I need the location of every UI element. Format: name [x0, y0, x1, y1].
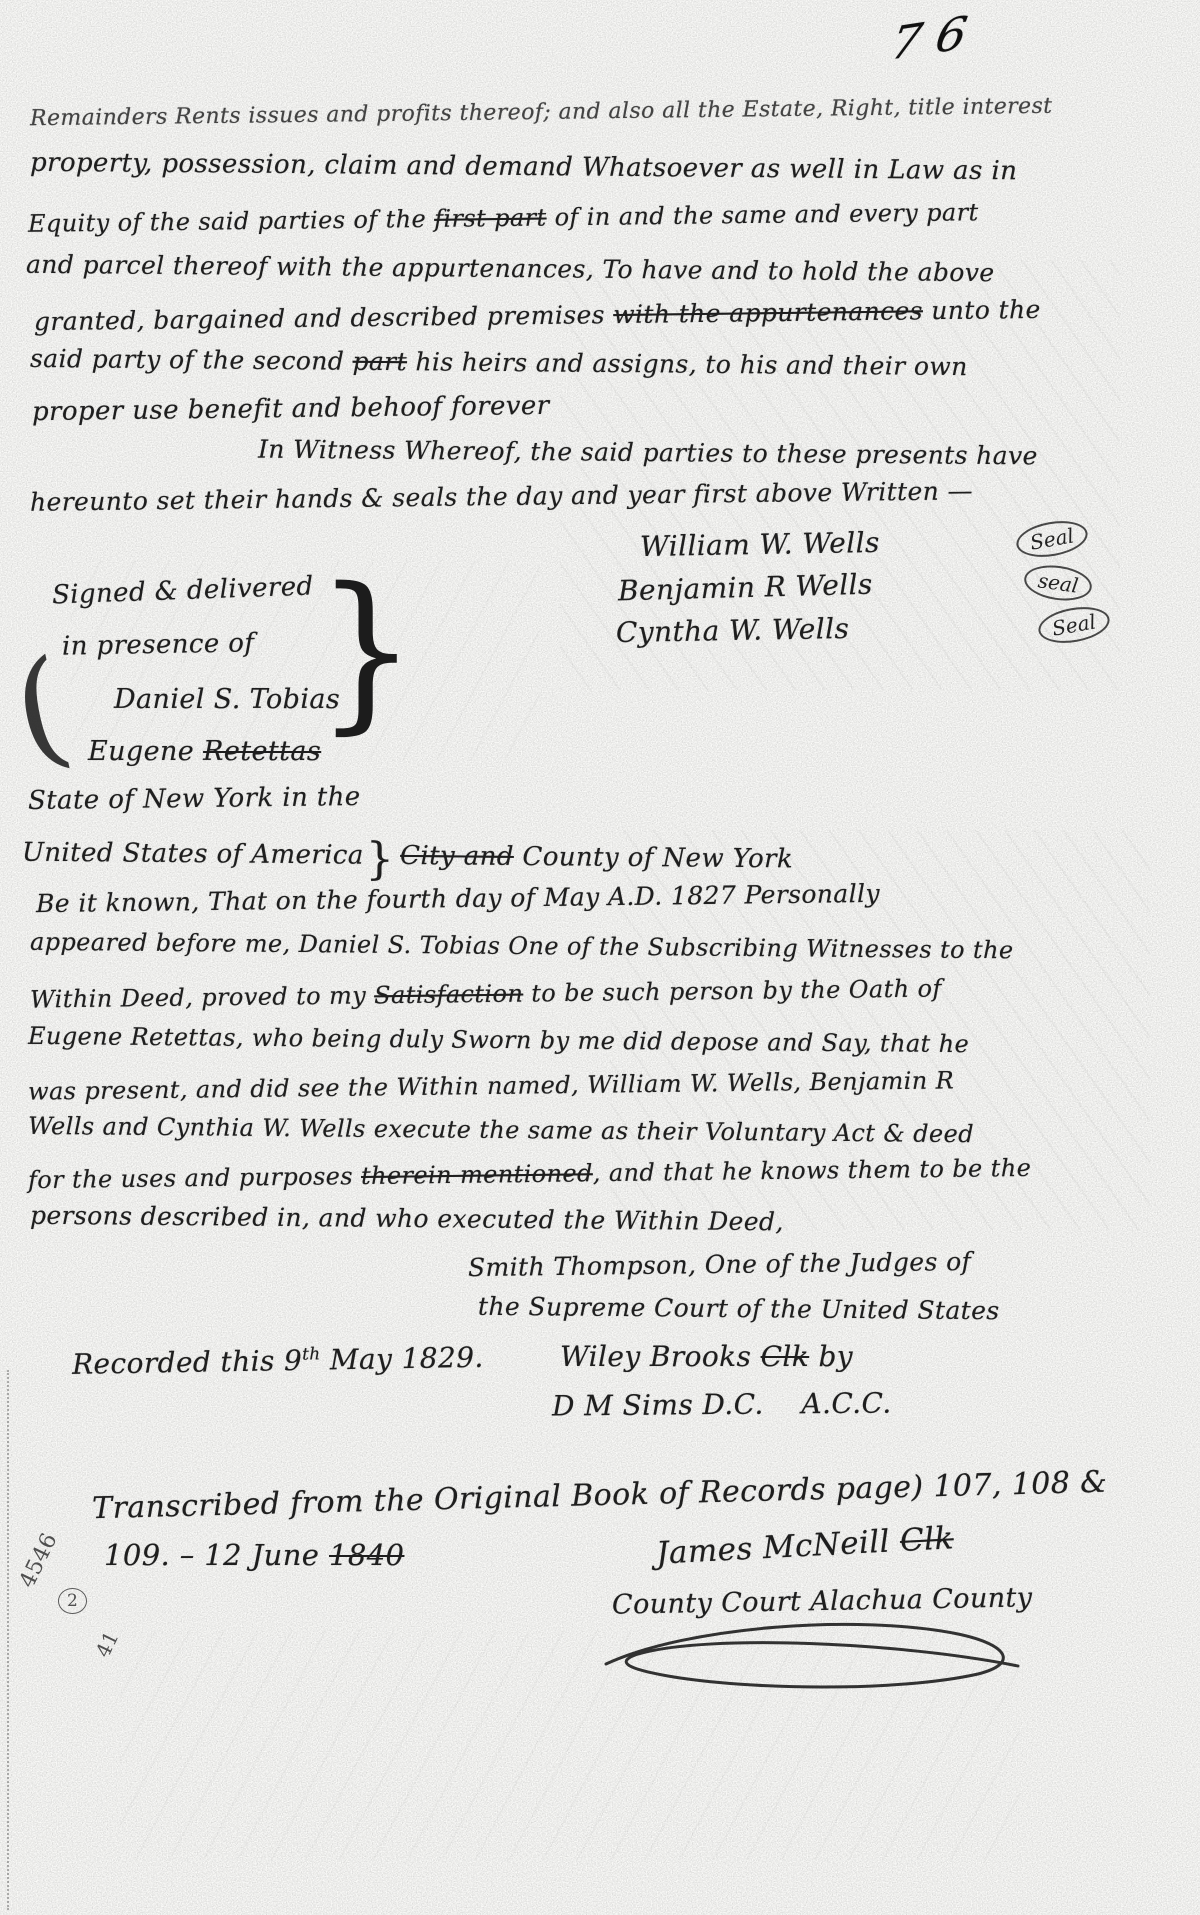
deed-line: In Witness Whereof, the said parties to …	[258, 435, 1038, 471]
seal-badge: seal	[1022, 561, 1094, 604]
acknowledgment-line: Be it known, That on the fourth day of M…	[36, 879, 880, 918]
deed-line: proper use benefit and behoof forever	[32, 391, 550, 427]
acknowledgment-line: was present, and did see the Within name…	[28, 1066, 954, 1105]
scanned-deed-page: 76 Remainders Rents issues and profits t…	[0, 0, 1200, 1915]
recording-date-line: Recorded this 9th May 1829.	[72, 1340, 484, 1381]
transcription-line: Transcribed from the Original Book of Re…	[92, 1465, 1108, 1527]
closing-brace-flourish: }	[316, 566, 417, 737]
witness-line: Signed & delivered	[52, 571, 315, 610]
struck-text: therein mentioned	[361, 1159, 593, 1190]
deed-line: and parcel thereof with the appurtenance…	[26, 250, 995, 287]
acknowledgment-line: Within Deed, proved to my Satisfaction t…	[30, 974, 942, 1013]
seal-badge: Seal	[1014, 516, 1091, 562]
transcription-line: 109. – 12 June 1840	[104, 1538, 404, 1572]
struck-text: first part	[434, 203, 547, 232]
margin-note: 4546	[15, 1529, 63, 1592]
deed-line: Equity of the said parties of the first …	[28, 198, 979, 238]
opening-paren-flourish: (	[3, 642, 78, 778]
deed-line: said party of the second part his heirs …	[30, 344, 968, 381]
signature-flourish	[598, 1612, 1028, 1702]
judge-attestation-line: Smith Thompson, One of the Judges of	[468, 1247, 972, 1282]
acknowledgment-line: appeared before me, Daniel S. Tobias One…	[30, 928, 1014, 965]
jurisdiction-line: United States of America}City and County…	[22, 831, 793, 889]
struck-text: part	[352, 347, 407, 376]
witness-line: in presence of	[62, 628, 255, 661]
judge-attestation-line: the Supreme Court of the United States	[478, 1292, 1000, 1326]
signature-name: Benjamin R Wells	[618, 568, 874, 608]
struck-text: Retettas	[203, 736, 321, 767]
struck-text: 1840	[329, 1538, 404, 1572]
margin-note: 41	[91, 1627, 124, 1661]
ordinal-superscript: th	[302, 1343, 321, 1363]
jurisdiction-line: State of New York in the	[28, 782, 361, 816]
scan-edge-artifact	[7, 1370, 9, 1910]
struck-text: Satisfaction	[374, 980, 523, 1010]
deed-line: granted, bargained and described premise…	[34, 295, 1041, 336]
margin-note: 2	[58, 1588, 87, 1614]
seal-badge: Seal	[1036, 602, 1113, 648]
signature-name: Cyntha W. Wells	[616, 612, 850, 649]
witness-name: Daniel S. Tobias	[114, 684, 340, 715]
deed-line: Remainders Rents issues and profits ther…	[30, 94, 1053, 131]
struck-text: Clk	[761, 1340, 810, 1373]
struck-text: Clk	[899, 1520, 954, 1559]
acknowledgment-line: persons described in, and who executed t…	[30, 1201, 784, 1237]
struck-text: with the appurtenances	[613, 296, 923, 329]
struck-text: City and	[400, 841, 514, 872]
page-number: 76	[887, 4, 986, 71]
deputy-clerk-line: D M Sims D.C. A.C.C.	[552, 1387, 892, 1423]
acknowledgment-line: Eugene Retettas, who being duly Sworn by…	[28, 1022, 969, 1058]
clerk-signature-line: Wiley Brooks Clk by	[560, 1340, 853, 1373]
circled-number: 2	[58, 1588, 87, 1614]
inline-brace: }	[363, 834, 400, 885]
acknowledgment-line: Wells and Cynthia W. Wells execute the s…	[28, 1112, 974, 1148]
acknowledgment-line: for the uses and purposes therein mentio…	[28, 1154, 1032, 1194]
deed-line: hereunto set their hands & seals the day…	[30, 476, 973, 517]
signature-name: William W. Wells	[640, 526, 880, 563]
deed-line: property, possession, claim and demand W…	[30, 148, 1018, 187]
witness-name: Eugene Retettas	[88, 736, 321, 767]
county-clerk-signature: James McNeill Clk	[655, 1520, 954, 1572]
